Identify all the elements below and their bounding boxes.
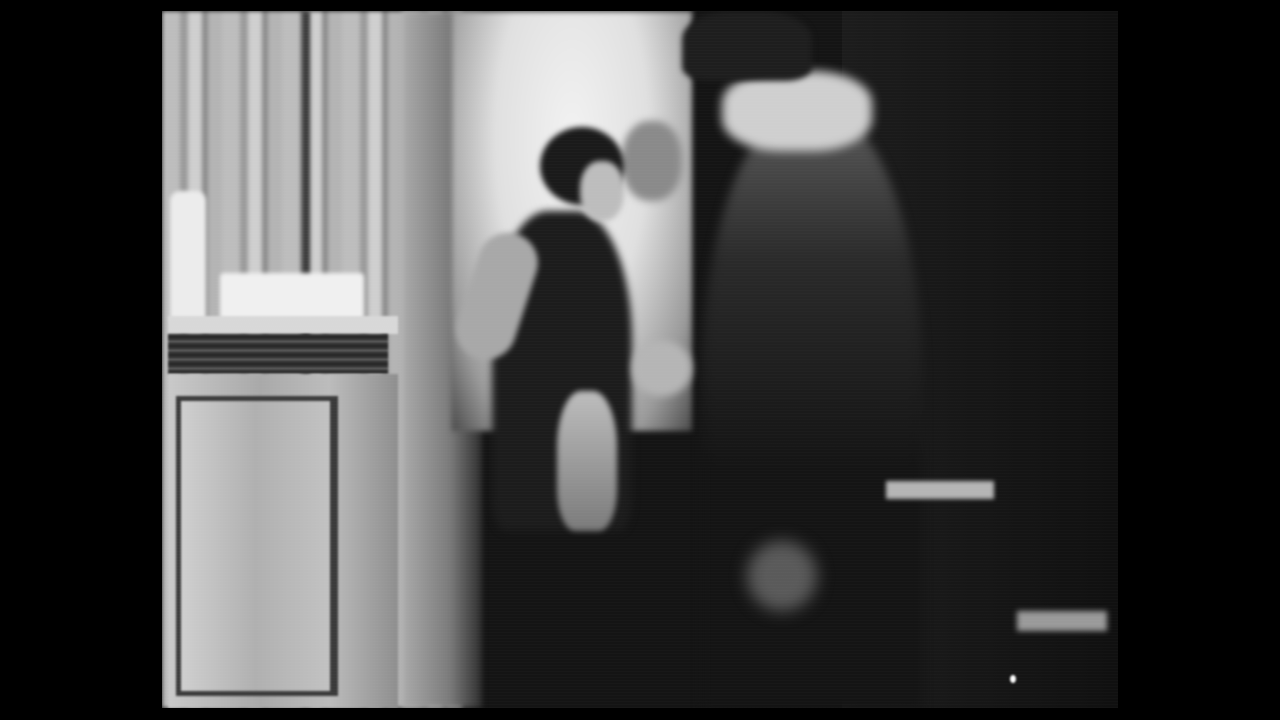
- film-grain: [162, 11, 1118, 708]
- film-frame: [162, 11, 1118, 708]
